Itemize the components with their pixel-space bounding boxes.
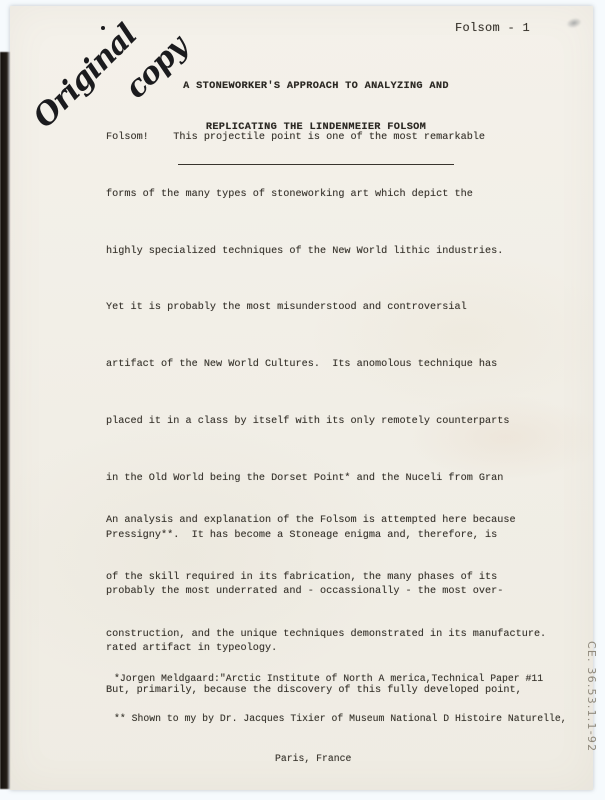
typed-line: An analysis and explanation of the Folso… xyxy=(106,515,536,550)
scanned-document-view: Folsom - 1 Original copy A STONEWORKER'S… xyxy=(0,0,605,800)
typed-line: Folsom! This projectile point is one of … xyxy=(106,132,536,167)
typed-line: artifact of the New World Cultures. Its … xyxy=(106,359,536,394)
typed-line: forms of the many types of stoneworking … xyxy=(106,189,536,224)
scan-edge-shadow xyxy=(0,52,10,789)
page-number-label: Folsom - 1 xyxy=(455,21,530,35)
footnote-line-2: ** Shown to my by Dr. Jacques Tixier of … xyxy=(114,712,584,725)
footnotes-block: *Jorgen Meldgaard:"Arctic Institute of N… xyxy=(114,646,584,791)
footnote-line-3: Paris, France xyxy=(114,752,584,765)
typed-line: highly specialized techniques of the New… xyxy=(106,246,536,281)
ink-dot xyxy=(101,26,105,30)
title-line-1: A STONEWORKER'S APPROACH TO ANALYZING AN… xyxy=(178,80,454,94)
typed-line: placed it in a class by itself with its … xyxy=(106,416,536,451)
catalog-number-annotation: CE. 36.53.1.1-92 xyxy=(585,641,598,786)
typed-line: Yet it is probably the most misunderstoo… xyxy=(106,302,536,337)
footnote-line-1: *Jorgen Meldgaard:"Arctic Institute of N… xyxy=(114,672,584,685)
typed-line: of the skill required in its fabrication… xyxy=(106,572,536,607)
